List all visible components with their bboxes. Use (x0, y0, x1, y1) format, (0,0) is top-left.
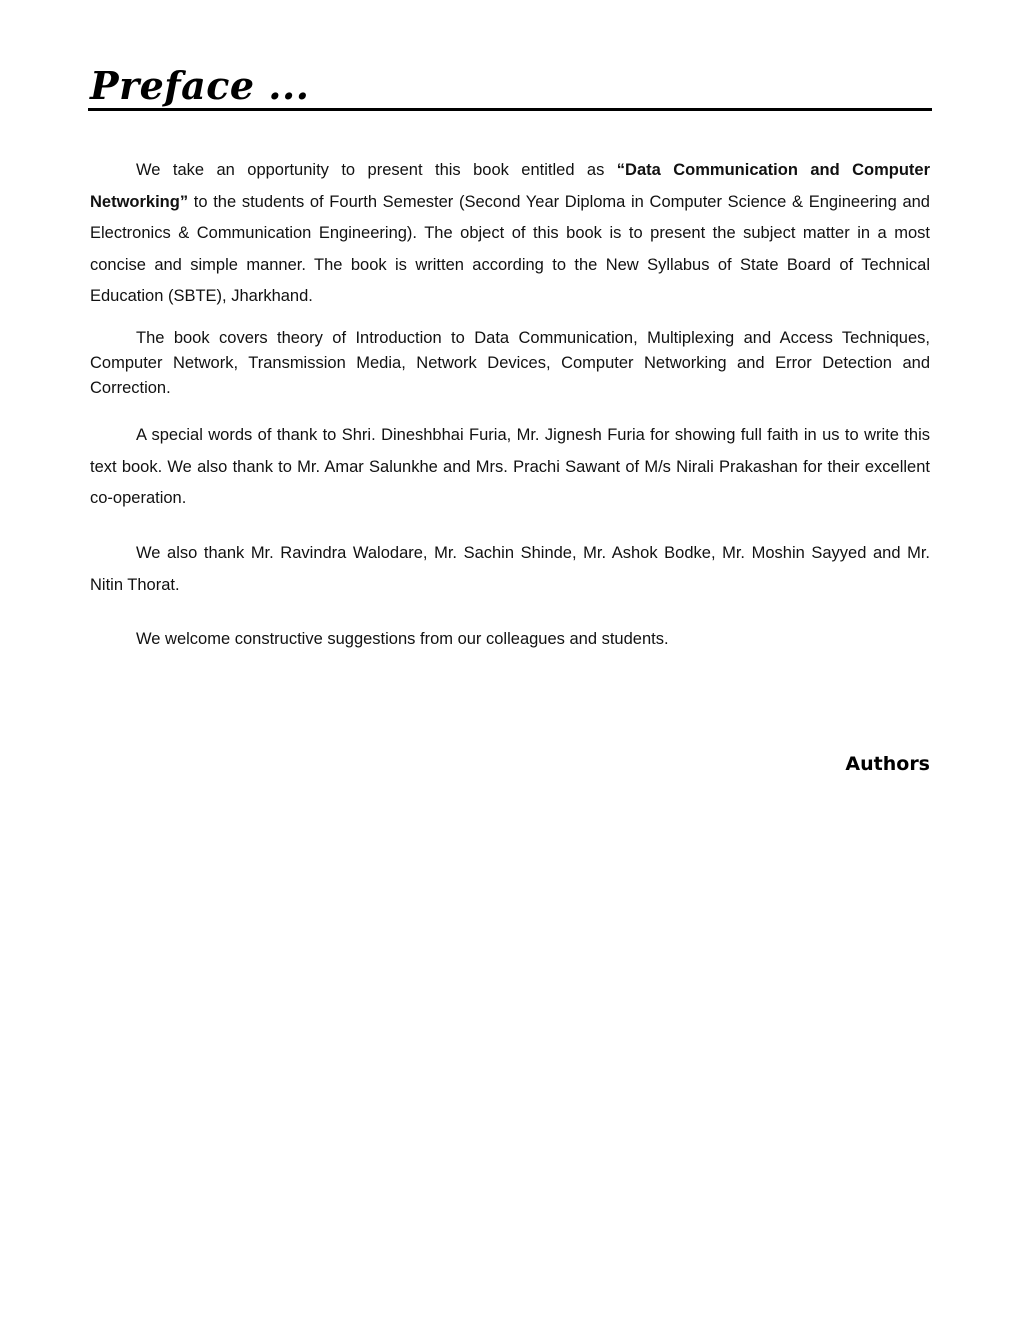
paragraph-coverage: The book covers theory of Introduction t… (90, 326, 930, 401)
paragraph-intro: We take an opportunity to present this b… (90, 155, 930, 313)
intro-text-after: to the students of Fourth Semester (Seco… (90, 193, 930, 306)
page-title: Preface ... (90, 62, 309, 110)
paragraph-suggestions: We welcome constructive suggestions from… (90, 624, 930, 656)
intro-text-before: We take an opportunity to present this b… (136, 161, 617, 179)
paragraph-thanks-publisher: A special words of thank to Shri. Dinesh… (90, 420, 930, 515)
paragraph-thanks-colleagues: We also thank Mr. Ravindra Walodare, Mr.… (90, 538, 930, 601)
authors-signature: Authors (845, 753, 930, 775)
title-underline (88, 108, 932, 111)
